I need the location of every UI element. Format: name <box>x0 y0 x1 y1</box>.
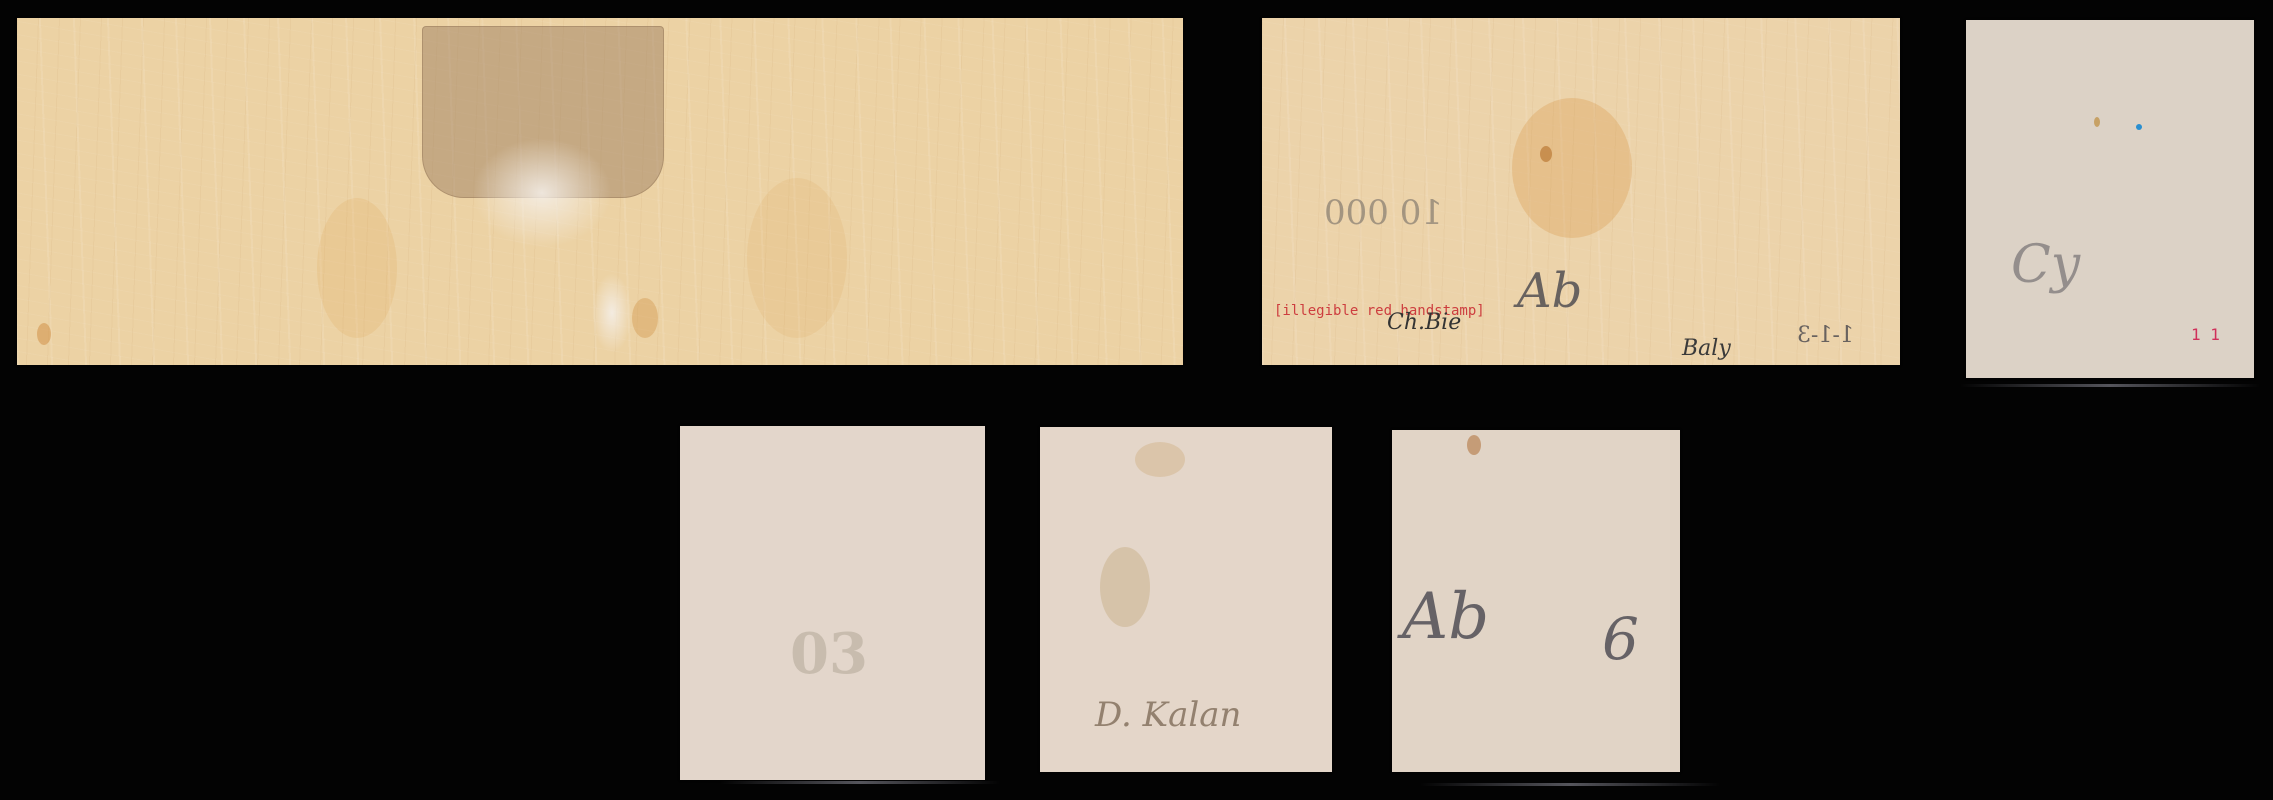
toning-spot <box>37 323 51 345</box>
paper-thin-spot <box>592 273 632 353</box>
faint-cancel: 03 <box>790 621 868 687</box>
toning-spot <box>632 298 658 338</box>
stamp-strip <box>17 18 1183 365</box>
stamp-block: 10 000 [illegible red handstamp] Ch.Bie … <box>1262 18 1900 365</box>
toning-spot <box>1540 146 1552 162</box>
pencil-mark-left: Ab <box>1402 580 1489 654</box>
stamp-single-bottom-2: D. Kalan <box>1040 427 1332 772</box>
toning-spot <box>317 198 397 338</box>
toning-spot <box>1100 547 1150 627</box>
toning-spot <box>1135 442 1185 477</box>
pencil-number: 10 000 <box>1324 193 1443 233</box>
pencil-mark-right: 6 <box>1602 605 1639 673</box>
toning-spot <box>747 178 847 338</box>
toning-spot <box>1467 435 1481 455</box>
mount-rail <box>720 781 1000 784</box>
red-mark: 1 1 <box>2191 325 2220 344</box>
stamp-single-right: Cy 1 1 <box>1966 20 2254 378</box>
mount-rail <box>1420 783 1720 786</box>
toning-spot <box>1512 98 1632 238</box>
stamp-single-bottom-3: Ab 6 <box>1392 430 1680 772</box>
handstamp-signature: D. Kalan <box>1095 695 1241 735</box>
signature-ab: Ab <box>1517 263 1582 319</box>
stamp-single-bottom-1: 03 <box>680 426 985 780</box>
pencil-signature: Cy <box>2011 235 2080 295</box>
paper-thin-spot <box>472 138 612 248</box>
signature-baly: Baly <box>1682 336 1731 361</box>
signature-chbie: Ch.Bie <box>1387 310 1461 335</box>
reference-number: 1-1-3 <box>1797 323 1854 348</box>
mount-rail <box>1960 384 2260 387</box>
toning-spot <box>2094 117 2100 127</box>
ink-dot-blue <box>2136 124 2142 130</box>
